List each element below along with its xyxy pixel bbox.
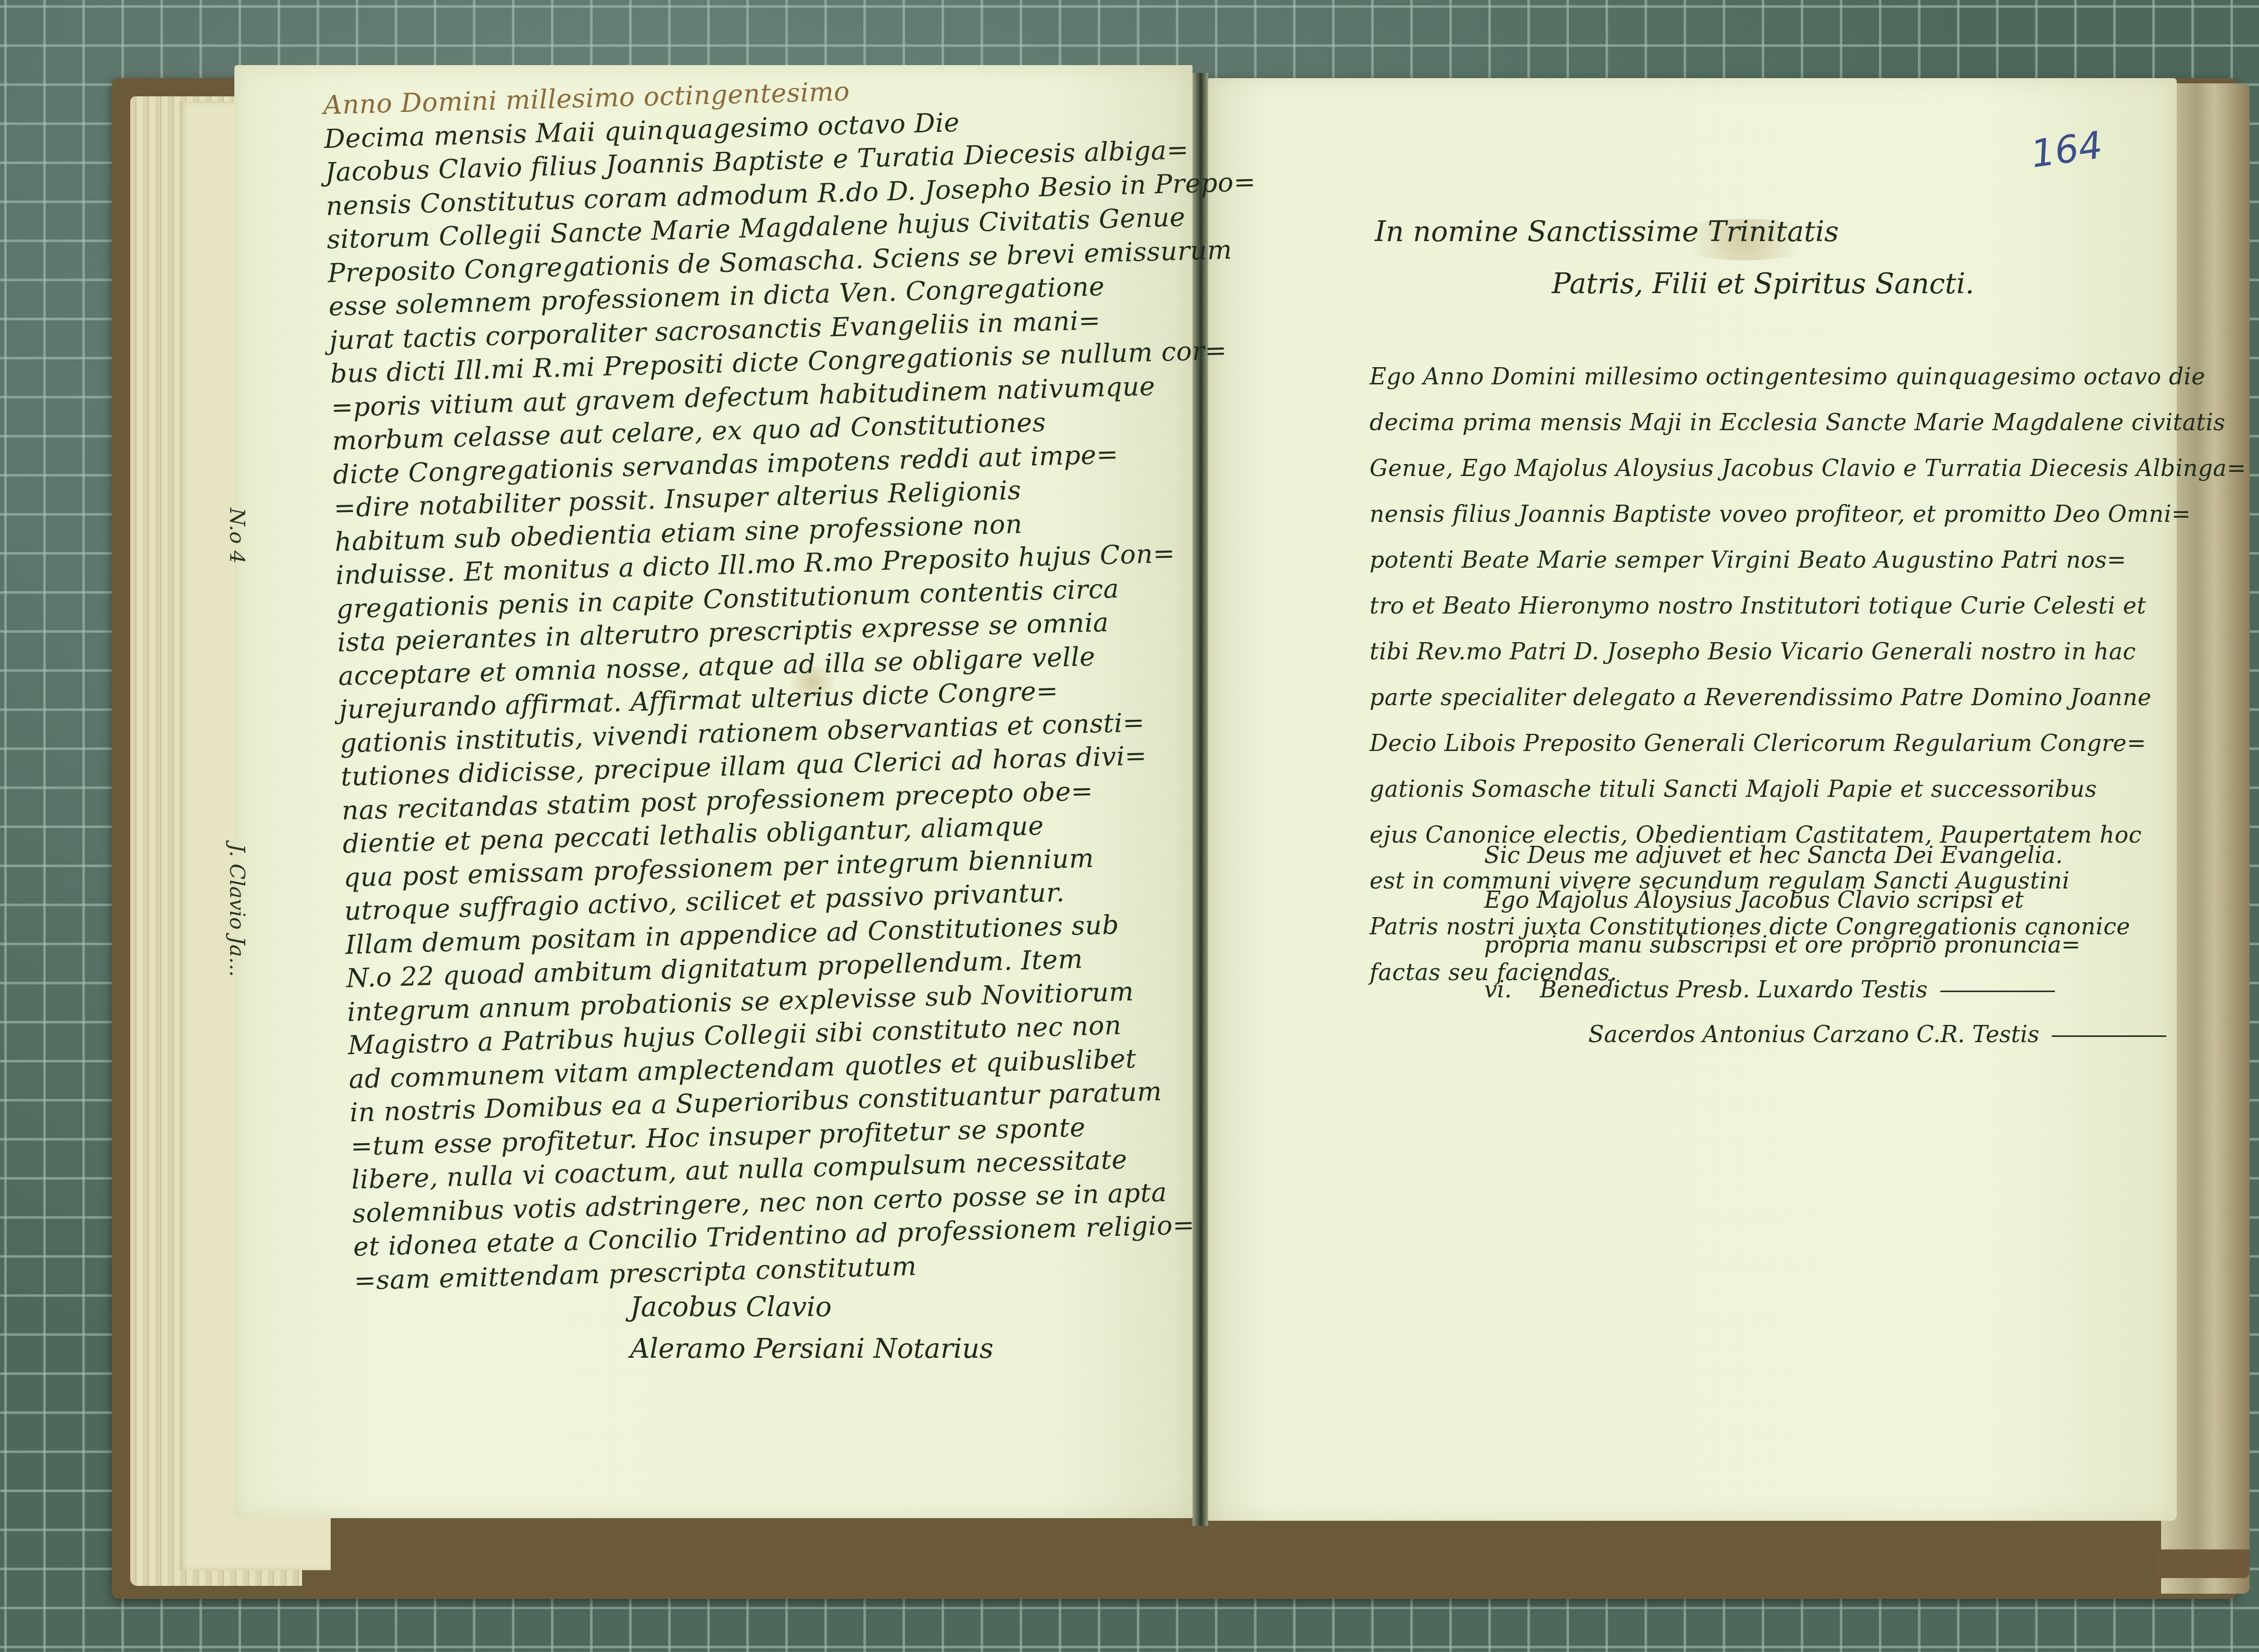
oath-line: Sic Deus me adjuvet et hec Sancta Dei Ev…	[1484, 833, 2166, 878]
text-line: Genue, Ego Majolus Aloysius Jacobus Clav…	[1370, 446, 2172, 492]
text-line: tibi Rev.mo Patri D. Josepho Besio Vicar…	[1370, 629, 2172, 675]
text-line: Ego Anno Domini millesimo octingentesimo…	[1370, 354, 2172, 400]
oath-line: propria manu subscripsi et ore proprio p…	[1484, 923, 2166, 968]
oath-line: vi.	[1484, 977, 1512, 1003]
text-line: potenti Beate Marie semper Virgini Beato…	[1370, 537, 2172, 583]
signature-flourish	[2052, 1035, 2166, 1037]
margin-note: J. Clavio Ja...	[225, 844, 249, 977]
signature-flourish	[1940, 991, 2055, 992]
text-line: gationis Somasche tituli Sancti Majoli P…	[1370, 767, 2172, 812]
invocation-line: Patris, Filii et Spiritus Sancti.	[1375, 258, 1974, 310]
signature-jacobus-clavio: Jacobus Clavio	[630, 1286, 994, 1328]
text-line: nensis filius Joannis Baptiste voveo pro…	[1370, 492, 2172, 537]
left-page-signatures: Jacobus Clavio Aleramo Persiani Notarius	[630, 1286, 994, 1370]
left-page-text: Anno Domini millesimo octingentesimo Dec…	[323, 66, 1219, 1298]
margin-note: N.o 4	[225, 508, 249, 564]
oath-line: Ego Majolus Aloysius Jacobus Clavio scri…	[1484, 878, 2166, 923]
right-binding-corner	[2156, 1549, 2250, 1578]
text-line: Decio Libois Preposito Generali Clericor…	[1370, 721, 2172, 767]
witness-signature: Sacerdos Antonius Carzano C.R. Testis	[1588, 1021, 2039, 1048]
witness-signature: Benedictus Presb. Luxardo Testis	[1540, 977, 1928, 1003]
oath-line-with-witness: vi. Benedictus Presb. Luxardo Testis	[1484, 968, 2166, 1012]
text-line: decima prima mensis Maji in Ecclesia San…	[1370, 400, 2172, 446]
invocation-heading: In nomine Sanctissime Trinitatis Patris,…	[1375, 206, 1974, 310]
signature-notary: Aleramo Persiani Notarius	[630, 1328, 994, 1370]
invocation-line: In nomine Sanctissime Trinitatis	[1375, 206, 1974, 258]
oath-block: Sic Deus me adjuvet et hec Sancta Dei Ev…	[1484, 833, 2166, 1057]
witness-line: Sacerdos Antonius Carzano C.R. Testis	[1484, 1012, 2166, 1057]
text-line: tro et Beato Hieronymo nostro Institutor…	[1370, 583, 2172, 629]
text-line: parte specialiter delegato a Reverendiss…	[1370, 675, 2172, 721]
